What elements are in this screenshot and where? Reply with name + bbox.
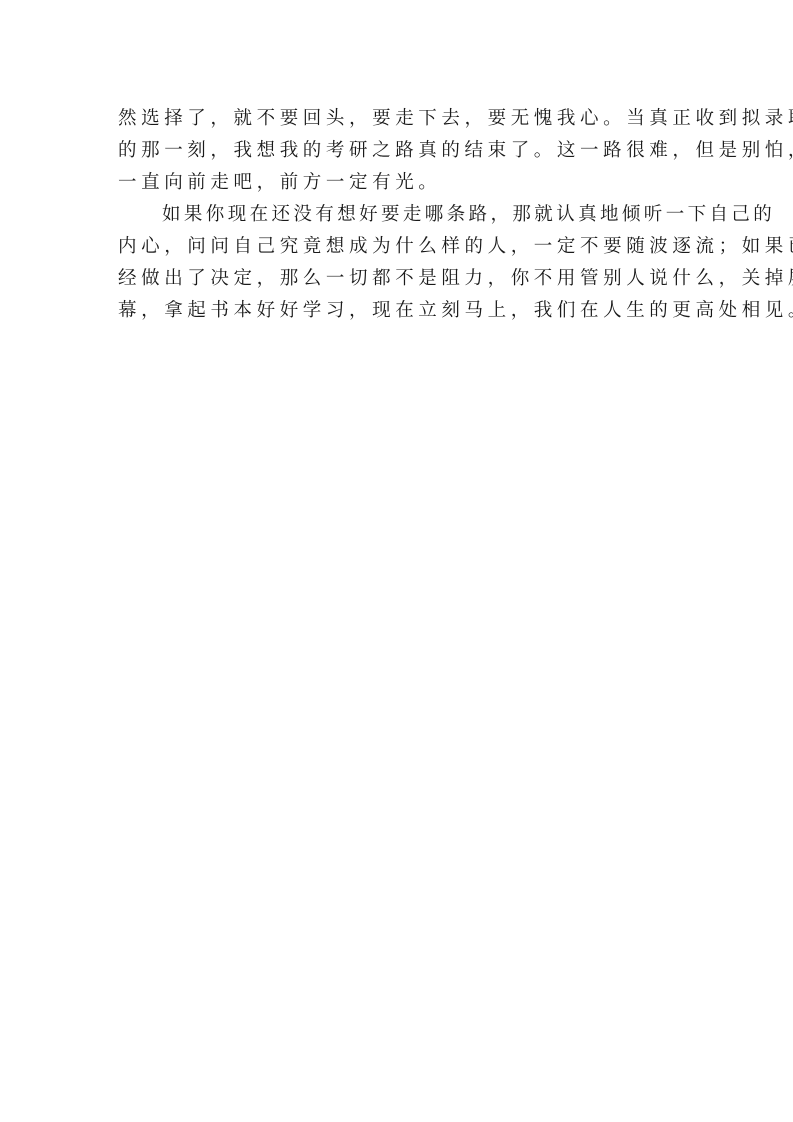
document-page: 然选择了，就不要回头，要走下去，要无愧我心。当真正收到拟录取 的那一刻，我想我的… — [0, 0, 793, 1122]
text-line: 如果你现在还没有想好要走哪条路，那就认真地倾听一下自己的 — [118, 199, 680, 231]
paragraph-2: 如果你现在还没有想好要走哪条路，那就认真地倾听一下自己的 内心，问问自己究竟想成… — [118, 199, 680, 327]
text-line: 一直向前走吧，前方一定有光。 — [118, 167, 680, 199]
text-line: 然选择了，就不要回头，要走下去，要无愧我心。当真正收到拟录取 — [118, 103, 680, 135]
text-line: 的那一刻，我想我的考研之路真的结束了。这一路很难，但是别怕， — [118, 135, 680, 167]
text-line: 幕，拿起书本好好学习，现在立刻马上，我们在人生的更高处相见。 — [118, 295, 680, 327]
text-line: 经做出了决定，那么一切都不是阻力，你不用管别人说什么，关掉屏 — [118, 263, 680, 295]
paragraph-1: 然选择了，就不要回头，要走下去，要无愧我心。当真正收到拟录取 的那一刻，我想我的… — [118, 103, 680, 199]
text-line: 内心，问问自己究竟想成为什么样的人，一定不要随波逐流；如果已 — [118, 231, 680, 263]
body-text: 然选择了，就不要回头，要走下去，要无愧我心。当真正收到拟录取 的那一刻，我想我的… — [118, 103, 680, 327]
